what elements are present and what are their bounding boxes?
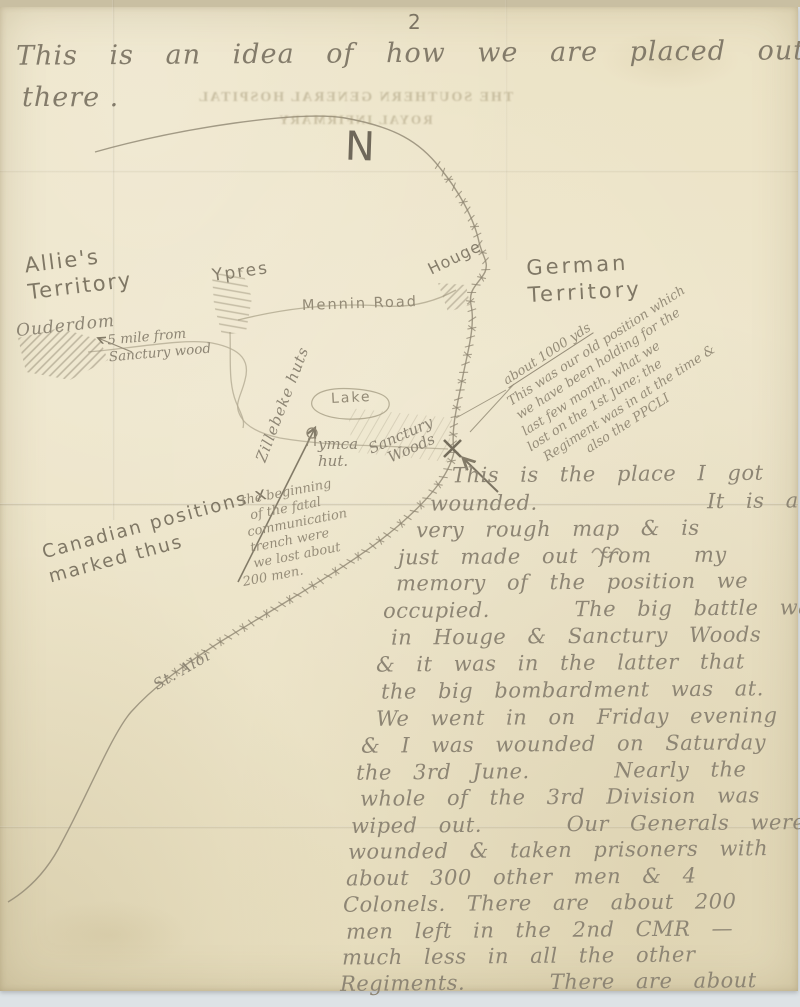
letter-line: much less in all the other [342,942,696,969]
letter-line: wounded. It is a [430,488,799,515]
letter-line: in Houge & Sanctury Woods [391,622,761,649]
letter-line: the 3rd June. Nearly the [356,757,747,784]
letter-line: Colonels. There are about 200 [343,889,737,916]
letter-line: the big bombardment was at. [381,676,764,703]
letter-line: This is the place I got [452,461,764,488]
letter-line: very rough map & is [416,516,700,542]
note-fatal-trench: the beginningof the fatalcommunicationtr… [240,475,358,589]
page-number: 2 [408,10,421,34]
letter-line: men left in the 2nd CMR — [346,916,733,943]
letter-line: whole of the 3rd Division was [360,783,760,810]
ymca-circle-marker [307,428,317,446]
label-ymca-hut: ymcahut. [318,436,358,470]
label-line: hut. [318,453,358,470]
letter-line: about 300 other men & 4 [346,863,697,890]
town-hatch-houge [438,283,470,312]
intro-line-1: This is an idea of how we are placed out [16,35,800,72]
label-lake: Lake [331,389,372,407]
letter-line: & it was in the latter that [376,649,745,676]
letter-line: just made out from my [398,543,727,570]
letter-line: occupied. The big battle was [383,595,800,623]
letterhead-showthrough-line-1: THE SOUTHERN GENERAL HOSPITAL [180,90,530,106]
ypres-south-road-path [230,332,244,428]
label-line: ymca [318,436,358,453]
letter-line: wiped out. Our Generals were [351,810,800,838]
letter-line: memory of the position we [396,568,748,595]
letter-line: wounded & taken prisoners with [348,836,768,864]
north-compass-letter: N [344,123,376,170]
letter-line: & I was wounded on Saturday [361,730,766,758]
letter-line: Regiments. There are about [340,968,757,996]
intro-line-2: there . [22,82,119,113]
letter-line: We went in on Friday evening [376,703,778,731]
